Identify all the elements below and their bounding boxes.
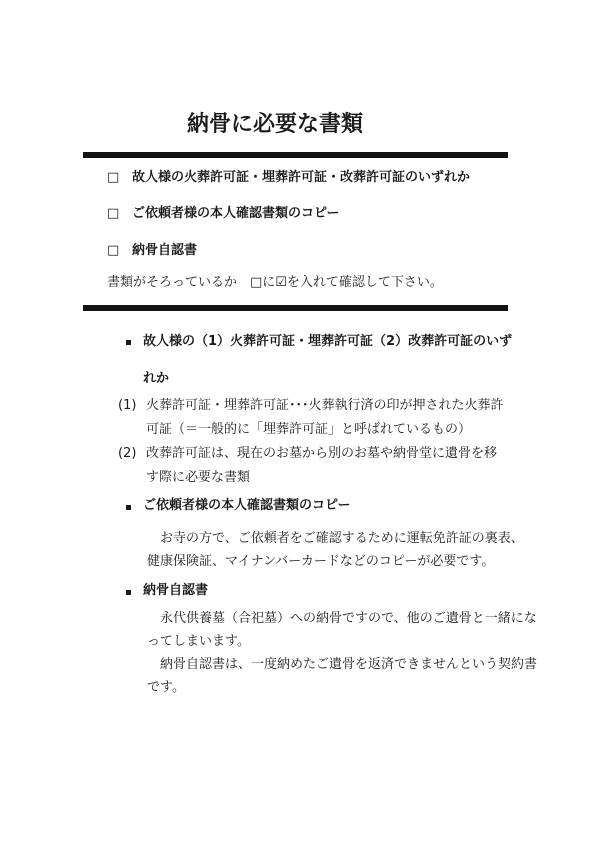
divider-rule-bottom: [83, 305, 508, 311]
divider-rule-top: [83, 152, 508, 158]
checklist-item-id-copy: □ ご依頼者様の本人確認書類のコピー: [107, 206, 339, 222]
checklist-item-label: ご依頼者様の本人確認書類のコピー: [132, 206, 339, 222]
checkbox-icon: □: [107, 243, 121, 259]
document-page: 納骨に必要な書類 □ 故人様の火葬許可証・埋葬許可証・改葬許可証のいずれか □ …: [0, 0, 595, 842]
checklist-item-label: 納骨自認書: [132, 243, 197, 259]
checkbox-icon: □: [107, 170, 121, 186]
square-bullet-icon: [126, 340, 131, 345]
subitem-text: 火葬許可証・埋葬許可証･･･火葬執行済の印が押された火葬許 可証（＝一般的に「埋…: [146, 394, 504, 442]
checklist-item-label: 故人様の火葬許可証・埋葬許可証・改葬許可証のいずれか: [132, 170, 470, 186]
detail-subitem-2: (2) 改葬許可証は、現在のお墓から別のお墓や納骨堂に遺骨を移 す際に必要な書類: [118, 442, 497, 490]
square-bullet-icon: [126, 505, 131, 510]
square-bullet-icon: [126, 590, 131, 595]
detail-heading-id-copy: ご依頼者様の本人確認書類のコピー: [143, 498, 350, 514]
checklist-item-cremation-permit: □ 故人様の火葬許可証・埋葬許可証・改葬許可証のいずれか: [107, 170, 470, 186]
detail-subitem-1: (1) 火葬許可証・埋葬許可証･･･火葬執行済の印が押された火葬許 可証（＝一般…: [118, 394, 504, 442]
detail-heading-affidavit: 納骨自認書: [143, 583, 208, 599]
detail-heading-permits: 故人様の（1）火葬許可証・埋葬許可証（2）改葬許可証のいず れか: [143, 323, 512, 397]
subitem-number: (1): [118, 394, 146, 418]
detail-body-id-copy: お寺の方で、ご依頼者をご確認するために運転免許証の裏表、 健康保険証、マイナンバ…: [147, 527, 524, 573]
checklist-note: 書類がそろっているか □に☑を入れて確認して下さい。: [107, 275, 443, 291]
checkbox-icon: □: [107, 206, 121, 222]
subitem-number: (2): [118, 442, 146, 466]
detail-body-affidavit: 永代供養墓（合祀墓）への納骨ですので、他のご遺骨と一緒にな ってしまいます。 納…: [147, 607, 537, 699]
subitem-text: 改葬許可証は、現在のお墓から別のお墓や納骨堂に遺骨を移 す際に必要な書類: [146, 442, 497, 490]
page-title: 納骨に必要な書類: [187, 112, 363, 138]
checklist-item-interment-affidavit: □ 納骨自認書: [107, 243, 197, 259]
